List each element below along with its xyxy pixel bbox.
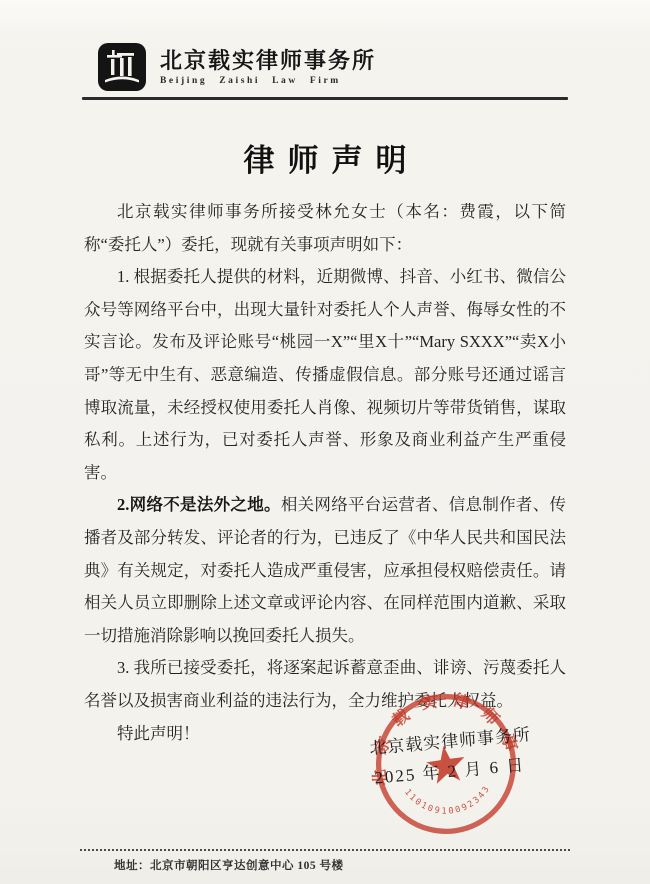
statement-point-3: 3. 我所已接受委托，将逐案起诉蓄意歪曲、诽谤、污蔑委托人名誉以及损害商业利益的…: [84, 652, 566, 717]
firm-logo-icon: [97, 42, 147, 92]
document-title: 律师声明: [0, 135, 650, 180]
statement-intro: 北京载实律师事务所接受林允女士（本名：费霞，以下简称“委托人”）委托，现就有关事…: [84, 196, 566, 261]
statement-point-2-text: 相关网络平台运营者、信息制作者、传播者及部分转发、评论者的行为，已违反了《中华人…: [84, 495, 566, 644]
header-divider: [82, 97, 568, 100]
statement-closing: 特此声明！: [84, 718, 566, 751]
statement-point-2: 2.网络不是法外之地。相关网络平台运营者、信息制作者、传播者及部分转发、评论者的…: [84, 489, 566, 652]
pillar-emblem-icon: [97, 42, 147, 92]
svg-text:11010910092343: 11010910092343: [401, 776, 496, 823]
signature-date: 2025 年 2 月 6 日: [373, 750, 526, 788]
footer-address: 地址：北京市朝阳区亨达创意中心 105 号楼: [114, 857, 344, 873]
statement-body: 北京载实律师事务所接受林允女士（本名：费霞，以下简称“委托人”）委托，现就有关事…: [84, 196, 566, 750]
footer-divider: [80, 849, 570, 851]
lawyer-statement-document: 北京载实律师事务所 Beijing Zaishi Law Firm 律师声明 北…: [0, 0, 650, 884]
firm-name-en: Beijing Zaishi Law Firm: [160, 76, 376, 86]
firm-name-cn: 北京载实律师事务所: [160, 48, 376, 73]
statement-point-2-lead: 2.网络不是法外之地。: [117, 495, 281, 514]
statement-point-1: 1. 根据委托人提供的材料，近期微博、抖音、小红书、微信公众号等网络平台中，出现…: [84, 261, 566, 489]
letterhead: 北京载实律师事务所 Beijing Zaishi Law Firm: [97, 42, 376, 92]
seal-number: 11010910092343: [401, 776, 496, 823]
firm-name-block: 北京载实律师事务所 Beijing Zaishi Law Firm: [160, 48, 376, 86]
